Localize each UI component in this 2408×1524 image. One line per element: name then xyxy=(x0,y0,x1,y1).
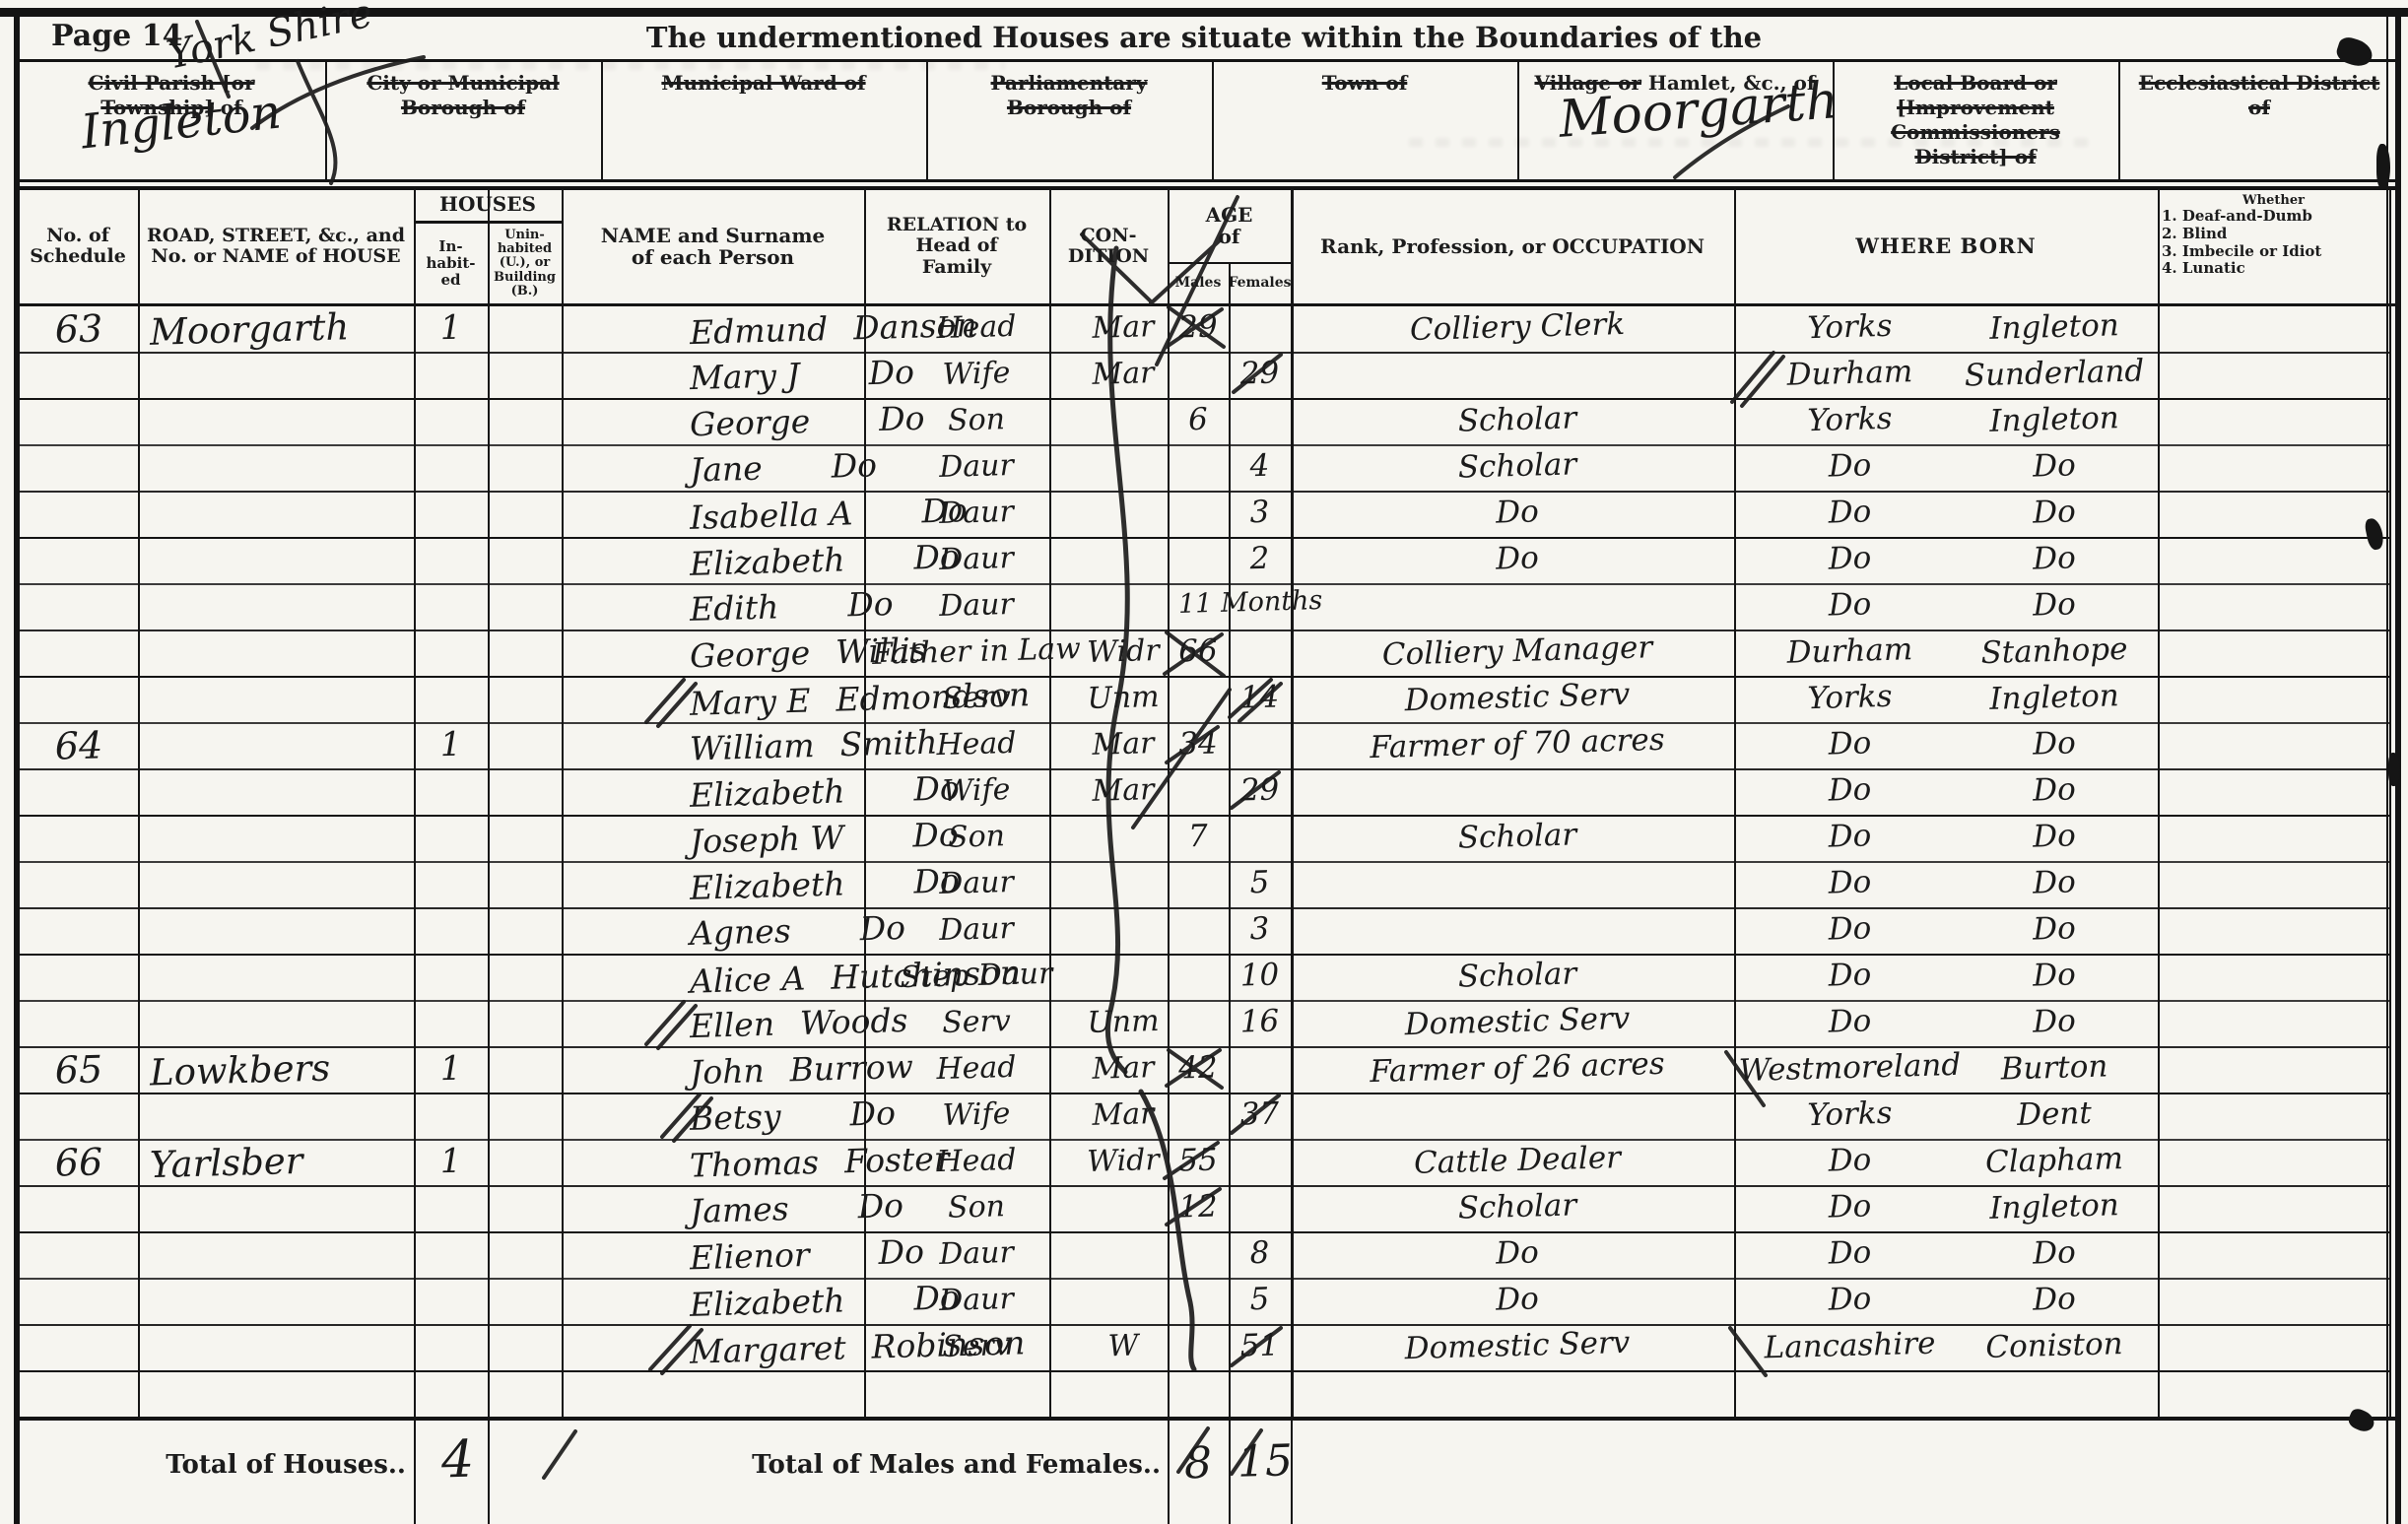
person-forename: Elizabeth xyxy=(690,1281,845,1323)
cell-occupation: Do xyxy=(1310,489,1725,536)
total-houses-label: Total of Houses.. xyxy=(138,1450,406,1480)
cell-born-place: Do xyxy=(1956,538,2154,579)
cell-name: JaneDo xyxy=(689,445,877,489)
cell-born-county: Westmoreland xyxy=(1744,1047,1957,1089)
cell-born-place: Do xyxy=(1956,1232,2154,1274)
person-forename: Alice A xyxy=(690,959,806,1000)
table-row: Mary JDoWifeMar29DurhamSunderland xyxy=(0,352,2408,398)
boundary-column: Ecclesiastical District of xyxy=(2118,71,2400,120)
cell-occupation: Do xyxy=(1310,1276,1725,1323)
table-row: GeorgeWillisFather in LawWidr66Colliery … xyxy=(0,629,2408,676)
cell-born-county: Do xyxy=(1744,1140,1957,1181)
table-row: 66Yarlsber1ThomasFosterHeadWidr55Cattle … xyxy=(0,1139,2408,1185)
cell-occupation: Scholar xyxy=(1310,813,1725,860)
cell-age-male: 6 xyxy=(1168,401,1230,438)
cell-occupation: Farmer of 26 acres xyxy=(1310,1044,1725,1092)
table-row: GeorgeDoSon6ScholarYorksIngleton xyxy=(0,398,2408,444)
cell-relation: Step Daur xyxy=(864,956,1090,996)
cell-age-female: 16 xyxy=(1229,1003,1292,1040)
cell-born-county: Yorks xyxy=(1744,306,1957,348)
cell-relation: Daur xyxy=(864,446,1090,487)
cell-born-place: Dent xyxy=(1956,1093,2154,1135)
cell-age-female: 37 xyxy=(1229,1095,1292,1133)
cell-schedule: 66 xyxy=(29,1140,128,1186)
cell-condition: Unm xyxy=(1059,1003,1188,1041)
cell-address: Lowkbers xyxy=(149,1046,330,1093)
cell-age-female: 29 xyxy=(1229,771,1292,809)
cell-occupation: Colliery Manager xyxy=(1310,628,1725,675)
cell-born-place: Burton xyxy=(1956,1047,2154,1089)
cell-age-female: 3 xyxy=(1229,910,1292,948)
cell-born-place: Ingleton xyxy=(1956,677,2154,718)
totals-top-rule xyxy=(14,1417,2401,1421)
table-row: 65Lowkbers1JohnBurrowHeadMar42Farmer of … xyxy=(0,1046,2408,1093)
cell-relation: Daur xyxy=(864,493,1090,533)
scan-artifact xyxy=(2346,1407,2377,1435)
cell-relation: Wife xyxy=(864,1094,1090,1135)
person-forename: Isabella A xyxy=(690,494,853,537)
row-line xyxy=(18,1370,2389,1372)
header-males: Males xyxy=(1168,264,1229,303)
cell-born-county: Durham xyxy=(1744,630,1957,672)
table-row: JaneDoDaur4ScholarDoDo xyxy=(0,444,2408,491)
boundary-column: Town of xyxy=(1212,71,1517,96)
cell-relation: Son xyxy=(864,817,1090,857)
cell-relation: Head xyxy=(864,1048,1090,1089)
cell-born-place: Do xyxy=(1956,492,2154,533)
header-infirmity-item: 4. Lunatic xyxy=(2158,260,2389,278)
person-forename: John xyxy=(689,1051,765,1092)
title-underline xyxy=(14,59,2401,62)
cell-inhabited: 1 xyxy=(413,724,488,765)
boundary-column: City or Municipal Borough of xyxy=(325,71,601,120)
cell-born-county: Do xyxy=(1744,1279,1957,1320)
cell-born-county: Yorks xyxy=(1744,1093,1957,1135)
cell-occupation: Domestic Serv xyxy=(1310,674,1725,721)
table-row: BetsyDoWifeMar37YorksDent xyxy=(0,1093,2408,1139)
cell-born-place: Ingleton xyxy=(1956,306,2154,348)
cell-born-place: Do xyxy=(1956,723,2154,764)
table-row: 641WilliamSmithHeadMar34Farmer of 70 acr… xyxy=(0,722,2408,768)
boundary-label-part: City or xyxy=(367,71,440,95)
person-forename: Betsy xyxy=(689,1096,781,1138)
cell-born-county: Do xyxy=(1744,723,1957,764)
header-name: NAME and Surname of each Person xyxy=(562,189,864,303)
cell-born-place: Do xyxy=(1956,1001,2154,1042)
header-schedule: No. of Schedule xyxy=(18,189,138,303)
scan-artifact xyxy=(2388,753,2400,786)
cell-occupation: Farmer of 70 acres xyxy=(1310,720,1725,767)
cell-relation: Son xyxy=(864,1187,1090,1227)
person-forename: Jane xyxy=(689,449,763,490)
person-forename: James xyxy=(689,1189,789,1230)
cell-age-male: 42 xyxy=(1168,1049,1230,1087)
cell-condition: Mar xyxy=(1059,355,1188,393)
total-males-value: 8 xyxy=(1183,1438,1212,1490)
cell-age-female: 4 xyxy=(1229,447,1292,485)
cell-occupation: Scholar xyxy=(1310,952,1725,999)
person-forename: Edmund xyxy=(690,309,829,352)
cell-born-county: Do xyxy=(1744,955,1957,996)
cell-relation: Head xyxy=(864,1141,1090,1181)
person-forename: Ellen xyxy=(689,1005,774,1045)
cell-inhabited: 1 xyxy=(413,1048,488,1090)
cell-address: Moorgarth xyxy=(149,305,349,354)
cell-born-place: Do xyxy=(1956,816,2154,857)
header-infirmity-item: 1. Deaf-and-Dumb xyxy=(2158,208,2389,226)
boundary-double-rule-1 xyxy=(14,179,2401,182)
cell-born-county: Yorks xyxy=(1744,677,1957,718)
cell-born-county: Do xyxy=(1744,1232,1957,1274)
cell-born-place: Stanhope xyxy=(1956,630,2154,672)
cell-inhabited: 1 xyxy=(413,307,488,349)
table-row: ElizabethDoDaur5DoDo xyxy=(0,861,2408,907)
cell-condition: W xyxy=(1059,1327,1188,1365)
cell-born-county: Do xyxy=(1744,584,1957,626)
person-forename: Agnes xyxy=(689,911,791,953)
person-forename: Edith xyxy=(689,587,778,629)
cell-address: Yarlsber xyxy=(149,1140,303,1186)
cell-age-female: 51 xyxy=(1229,1327,1292,1364)
cell-born-county: Do xyxy=(1744,445,1957,487)
header-road-street: ROAD, STREET, &c., and No. or NAME of HO… xyxy=(138,189,414,303)
cell-born-county: Do xyxy=(1744,492,1957,533)
person-forename: George xyxy=(690,633,811,675)
total-males-females-label: Total of Males and Females.. xyxy=(690,1450,1161,1480)
cell-age-male: 7 xyxy=(1168,818,1230,855)
cell-relation: Son xyxy=(864,400,1090,440)
cell-relation: Serv xyxy=(864,678,1090,718)
header-condition: CON- DITION xyxy=(1049,189,1168,303)
cell-condition: Mar xyxy=(1059,1095,1188,1134)
person-forename: Margaret xyxy=(690,1328,847,1370)
cell-relation: Wife xyxy=(864,770,1090,811)
cell-occupation: Domestic Serv xyxy=(1310,998,1725,1045)
page-title: The undermentioned Houses are situate wi… xyxy=(613,22,1795,53)
cell-born-place: Do xyxy=(1956,862,2154,903)
cell-born-place: Do xyxy=(1956,955,2154,996)
cell-age-male: 55 xyxy=(1168,1142,1230,1179)
cell-relation: Serv xyxy=(864,1002,1090,1042)
cell-age-male: 29 xyxy=(1168,308,1230,346)
boundary-label-part: Ecclesiastical District of xyxy=(2139,71,2380,119)
boundary-label-part: Parliamentary Borough of xyxy=(991,71,1148,119)
cell-condition: Mar xyxy=(1059,771,1188,810)
person-forename: Elizabeth xyxy=(690,771,845,814)
cell-born-county: Do xyxy=(1744,862,1957,903)
person-forename: Elizabeth xyxy=(690,540,845,582)
cell-born-county: Do xyxy=(1744,538,1957,579)
cell-age-female: 14 xyxy=(1229,679,1292,716)
cell-born-county: Do xyxy=(1744,1186,1957,1227)
header-age: AGE of xyxy=(1168,193,1291,258)
cell-inhabited: 1 xyxy=(413,1141,488,1182)
boundary-label-part: Town of xyxy=(1322,71,1408,95)
cell-born-county: Durham xyxy=(1744,353,1957,394)
header-inhabited: In- habit- ed xyxy=(414,224,488,303)
header-occupation: Rank, Profession, or OCCUPATION xyxy=(1291,189,1734,303)
header-where-born: WHERE BORN xyxy=(1734,189,2158,303)
table-row: Joseph WDoSon7ScholarDoDo xyxy=(0,815,2408,861)
cell-born-place: Sunderland xyxy=(1956,353,2154,394)
cell-relation: Head xyxy=(864,307,1090,348)
cell-schedule: 65 xyxy=(29,1047,128,1093)
totals-column-line xyxy=(1168,1421,1170,1524)
person-forename: Mary E xyxy=(690,681,812,722)
table-row: ElizabethDoDaur2DoDoDo xyxy=(0,537,2408,583)
scan-artifact xyxy=(2334,34,2375,70)
table-row: AgnesDoDaur3DoDo xyxy=(0,907,2408,954)
cell-relation: Daur xyxy=(864,909,1090,950)
person-forename: Mary J xyxy=(689,356,800,397)
header-females: Females xyxy=(1229,264,1291,303)
table-row: MargaretRobinsonServW51Domestic ServLanc… xyxy=(0,1324,2408,1370)
table-row: ElienorDoDaur8DoDoDo xyxy=(0,1231,2408,1278)
cell-born-place: Ingleton xyxy=(1956,399,2154,440)
table-row: JamesDoSon12ScholarDoIngleton xyxy=(0,1185,2408,1231)
person-forename: George xyxy=(690,402,811,443)
cell-born-place: Coniston xyxy=(1956,1325,2154,1366)
cell-born-place: Do xyxy=(1956,445,2154,487)
cell-relation: Head xyxy=(864,724,1090,764)
cell-born-place: Do xyxy=(1956,584,2154,626)
cell-occupation: Scholar xyxy=(1310,396,1725,443)
header-infirmity: Whether 1. Deaf-and-Dumb 2. Blind 3. Imb… xyxy=(2158,193,2389,303)
table-row: ElizabethDoDaur5DoDoDo xyxy=(0,1278,2408,1324)
cell-relation: Daur xyxy=(864,863,1090,903)
table-row: Mary EEdmondsonServUnm14Domestic ServYor… xyxy=(0,676,2408,722)
table-row: EdithDoDaur11 MonthsDoDo xyxy=(0,583,2408,629)
cell-age-female: 10 xyxy=(1229,957,1292,994)
boundary-label-part: Municipal Ward of xyxy=(661,71,865,95)
cell-occupation: Scholar xyxy=(1310,442,1725,490)
cell-occupation: Colliery Clerk xyxy=(1310,303,1725,351)
person-forename: Elienor xyxy=(690,1235,811,1277)
table-row: Alice AHutchinsonStep Daur10ScholarDoDo xyxy=(0,954,2408,1000)
boundary-column: Municipal Ward of xyxy=(601,71,926,96)
cell-born-county: Do xyxy=(1744,816,1957,857)
cell-born-place: Clapham xyxy=(1956,1140,2154,1181)
cell-age-female: 2 xyxy=(1229,540,1292,577)
cell-relation: Daur xyxy=(864,1233,1090,1274)
cell-occupation: Scholar xyxy=(1310,1183,1725,1230)
total-females-value: 15 xyxy=(1237,1435,1293,1488)
cell-relation: Daur xyxy=(864,1280,1090,1320)
cell-age-male: 34 xyxy=(1168,725,1230,762)
cell-age-female: 8 xyxy=(1229,1234,1292,1272)
cell-condition: Unm xyxy=(1059,679,1188,717)
header-infirmity-item: 2. Blind xyxy=(2158,226,2389,243)
cell-born-place: Ingleton xyxy=(1956,1186,2154,1227)
cell-born-county: Yorks xyxy=(1744,399,1957,440)
cell-born-county: Do xyxy=(1744,1001,1957,1042)
table-row: 63Moorgarth1EdmundDansonHeadMar29Collier… xyxy=(0,305,2408,352)
cell-born-county: Do xyxy=(1744,908,1957,950)
scan-smudge xyxy=(256,61,1005,70)
cell-schedule: 63 xyxy=(29,306,128,353)
cell-born-county: Do xyxy=(1744,769,1957,811)
cell-age-female: 11 Months xyxy=(1178,585,1323,620)
person-forename: Thomas xyxy=(690,1143,820,1185)
cell-occupation: Domestic Serv xyxy=(1310,1322,1725,1369)
census-page: Page 14 The undermentioned Houses are si… xyxy=(0,0,2408,1524)
cell-occupation: Do xyxy=(1310,535,1725,582)
header-infirmity-lead: Whether xyxy=(2158,193,2389,208)
totals-column-line xyxy=(1229,1421,1231,1524)
totals-column-line xyxy=(488,1421,490,1524)
person-forename: Elizabeth xyxy=(690,864,845,906)
boundary-label-part: Local Board or [Improvement xyxy=(1894,71,2057,119)
header-uninhabited: Unin- habited (U.), or Building (B.) xyxy=(488,224,562,303)
total-houses-value: 4 xyxy=(440,1430,475,1491)
cell-relation: Daur xyxy=(864,539,1090,579)
cell-relation: Daur xyxy=(864,585,1090,626)
cell-age-female: 5 xyxy=(1229,864,1292,901)
boundary-column: Parliamentary Borough of xyxy=(926,71,1212,120)
cell-schedule: 64 xyxy=(29,723,128,769)
table-row: EllenWoodsServUnm16Domestic ServDoDo xyxy=(0,1000,2408,1046)
cell-age-female: 5 xyxy=(1229,1281,1292,1318)
cell-relation: Serv xyxy=(864,1326,1090,1366)
person-forename: William xyxy=(690,726,816,768)
header-relation: RELATION to Head of Family xyxy=(864,189,1049,303)
cell-age-male: 66 xyxy=(1168,632,1230,670)
boundary-column: Local Board or [Improvement Commissioner… xyxy=(1833,71,2118,169)
cell-occupation: Cattle Dealer xyxy=(1310,1137,1725,1184)
cell-relation: Wife xyxy=(864,354,1090,394)
cell-born-place: Do xyxy=(1956,1279,2154,1320)
cell-born-place: Do xyxy=(1956,769,2154,811)
cell-born-county: Lancashire xyxy=(1744,1325,1957,1366)
person-forename: Joseph W xyxy=(690,818,844,860)
cell-born-place: Do xyxy=(1956,908,2154,950)
table-row: Isabella ADoDaur3DoDoDo xyxy=(0,491,2408,537)
header-infirmity-item: 3. Imbecile or Idiot xyxy=(2158,243,2389,261)
cell-occupation: Do xyxy=(1310,1229,1725,1277)
scan-artifact xyxy=(2376,144,2390,189)
boundary-label-part: Commissioners District] of xyxy=(1891,120,2060,168)
cell-relation: Father in Law xyxy=(864,631,1090,672)
table-row: ElizabethDoWifeMar29DoDo xyxy=(0,768,2408,815)
cell-age-male: 12 xyxy=(1168,1188,1230,1226)
cell-age-female: 29 xyxy=(1229,355,1292,392)
cell-age-female: 3 xyxy=(1229,494,1292,531)
totals-column-line xyxy=(414,1421,416,1524)
